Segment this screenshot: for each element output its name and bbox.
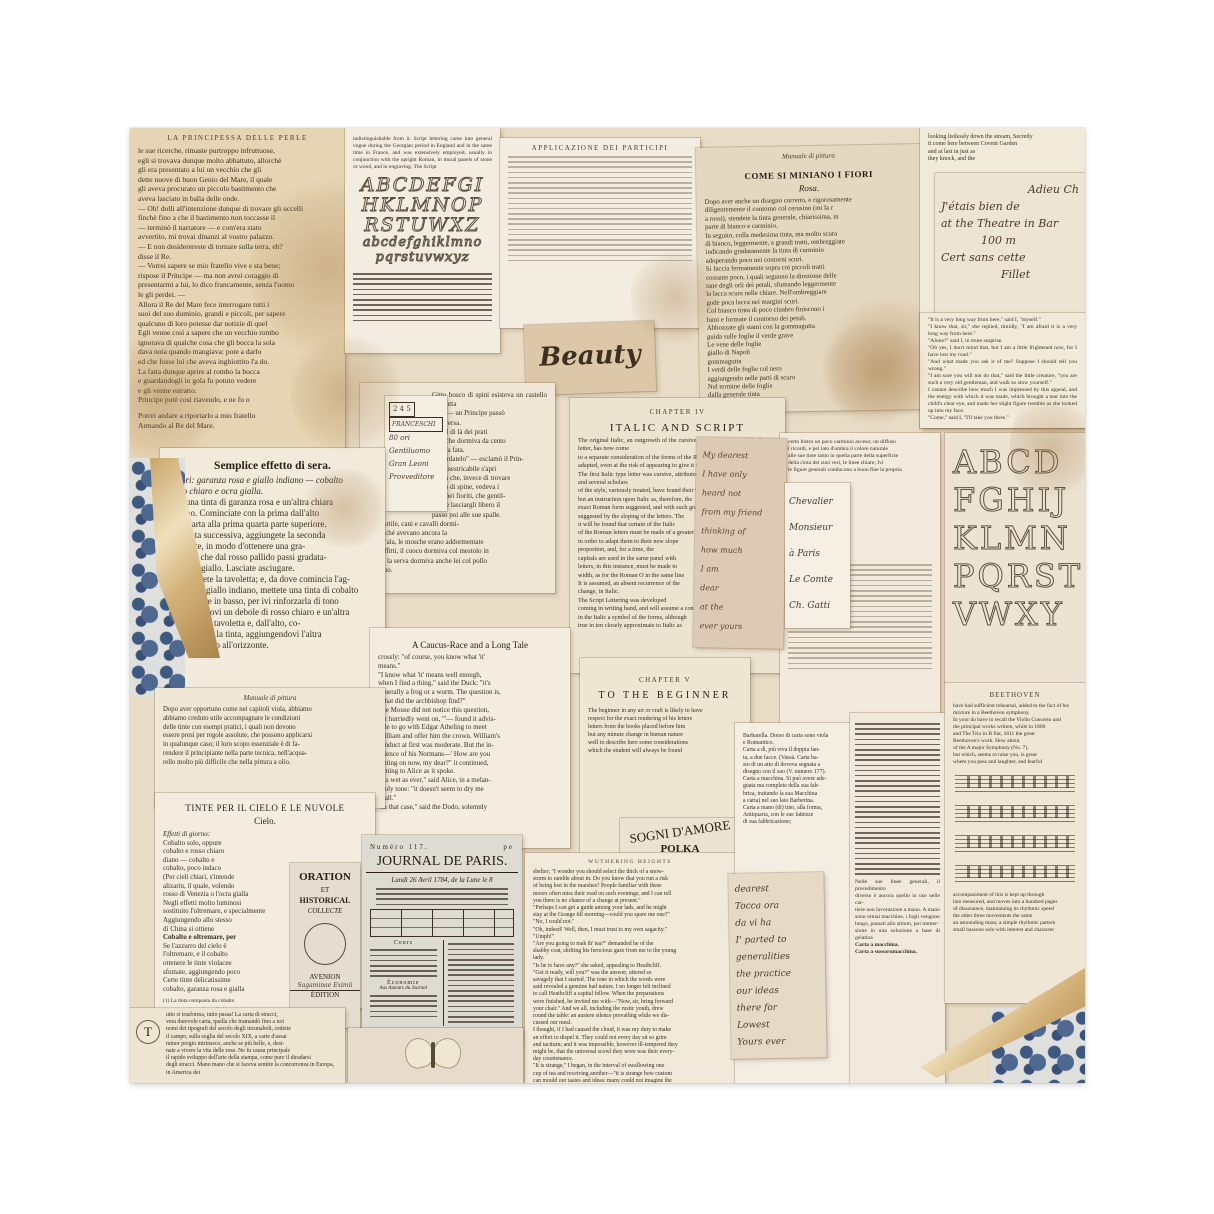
fragment-handwritten-letter-bottom: dearestTocca orada vi haI' parted togene… xyxy=(728,872,826,1059)
oration-line-7: ÉDITION xyxy=(290,990,360,999)
fragment-handwritten-letter-top: Adieu Ch J'étais bien de at the Theatre … xyxy=(935,173,1085,313)
alphabet-upper-row-2: HKLMNOP xyxy=(345,195,500,215)
journal-date-line: Lundi 26 Avril 1784, de la Lune le 8 xyxy=(362,876,522,884)
alphabet-upper-row-3: RSTUWXZ xyxy=(345,215,500,235)
running-head: La Principessa delle Perle xyxy=(138,134,337,142)
page-title: Semplice effetto di sera. xyxy=(166,460,379,472)
page-text: crossly: "of course, you know what 'it'm… xyxy=(378,653,562,811)
page-text: utto si trasforma, tutto passa! La carta… xyxy=(166,1012,339,1077)
fragment-beethoven-music-page: Beethoven have had sufficient rehearsal,… xyxy=(945,683,1085,1003)
fragment-come-si-miniano-page: Manuale di pittura COME SI MINIANO I FIO… xyxy=(696,144,926,413)
butterfly-icon xyxy=(403,1034,463,1074)
fragment-alphabet-script-page: indistinguishable from it. Script letter… xyxy=(345,128,500,353)
page-subtitle: Rosa. xyxy=(696,181,921,195)
page-text: le sue ricerche, rimaste purtroppo infru… xyxy=(138,146,337,430)
page-heading: Beethoven xyxy=(953,691,1077,699)
page-text: shelter; "I wonder you should select the… xyxy=(533,869,727,1083)
handwritten-text: My dearestI have onlyheard notfrom my fr… xyxy=(699,445,780,636)
running-head: Manuale di pittura xyxy=(704,150,913,162)
column-text: Barbarella. Dorso di carta sono violae R… xyxy=(743,733,852,827)
journal-title: JOURNAL DE PARIS. xyxy=(366,854,518,873)
oration-line-1: ORATION xyxy=(296,871,354,883)
alphabet-lower-row-2: pqrstuvwxyz xyxy=(345,250,500,265)
drop-cap-initial: T xyxy=(136,1020,160,1044)
fragment-handwritten-signature-card: ChevalierMonsieurà ParisLe ComteCh. Gatt… xyxy=(785,483,850,628)
chapter-label: Chapter V xyxy=(588,676,742,684)
fragment-handwritten-ledger-note: 2 4 5 FRANCESCHI 80 ori Gentiluomo Gran … xyxy=(385,396,447,511)
fragment-decorative-alphabet: ABCD FGHIJ KLMN PQRST VWXY xyxy=(945,433,1085,683)
oration-line-6: Sagaminae Eximii xyxy=(290,982,360,989)
fragment-english-column-lower: "It is a very long way from here," said … xyxy=(920,313,1085,428)
page-text: Gitto bosco di spini esisteva un castell… xyxy=(432,391,547,520)
beauty-label-text: Beauty xyxy=(524,339,655,374)
page-title: TINTE PER IL CIELO E LE NUVOLE xyxy=(161,803,369,813)
column-text: "It is a very long way from here," said … xyxy=(928,317,1077,422)
fragment-participi-page: Applicazione dei participi xyxy=(500,138,700,328)
page-title: A Caucus-Race and a Long Tale xyxy=(376,640,564,650)
page-text: The beginner in any art or craft is like… xyxy=(588,707,742,755)
column-text: looking listlessly down the stream, Secr… xyxy=(928,134,1077,164)
page-text: Dopo aver opportuno come nei capitoli vi… xyxy=(163,706,377,768)
scrapbook-paper-sheet: La Principessa delle Perle le sue ricerc… xyxy=(130,128,1085,1083)
fragment-butterfly-card xyxy=(348,1028,523,1083)
journal-issue-number: Numéro 117. xyxy=(370,843,429,851)
page-title: TO THE BEGINNER xyxy=(586,690,744,701)
journal-page-number: pe xyxy=(503,843,514,851)
emblem-icon xyxy=(304,923,346,965)
fragment-handwritten-letter-center: My dearestI have onlyheard notfrom my fr… xyxy=(693,437,787,649)
fragment-journal-de-paris: Numéro 117. pe JOURNAL DE PARIS. Lundi 2… xyxy=(362,835,522,1045)
page-text: have had sufficient rehearsal, added to … xyxy=(953,703,1077,766)
running-head: Manuale di pittura xyxy=(163,694,377,702)
handwritten-text: dearestTocca orada vi haI' parted togene… xyxy=(735,880,821,1051)
alphabet-rows: ABCD FGHIJ KLMN PQRST VWXY xyxy=(945,443,1085,633)
fragment-manuale-pittura-page: Manuale di pittura Dopo aver opportuno c… xyxy=(155,688,385,808)
running-head: Applicazione dei participi xyxy=(508,144,692,152)
chapter-label: Chapter IV xyxy=(578,408,777,416)
page-subtitle: Cielo. xyxy=(155,816,375,826)
handwritten-text: ChevalierMonsieurà ParisLe ComteCh. Gatt… xyxy=(789,489,846,619)
page-text: Dopo aver anche un disegno corretto, e r… xyxy=(705,195,917,400)
handwritten-text: 2 4 5 FRANCESCHI 80 ori Gentiluomo Gran … xyxy=(389,402,443,484)
page-title: COME SI MINIANO I FIORI xyxy=(702,168,915,182)
journal-weather-table xyxy=(370,909,514,937)
running-head: Wuthering Heights xyxy=(533,859,727,865)
fragment-carta-column-2: Nelle sue linee generali, il procediment… xyxy=(850,713,945,1083)
oration-line-2: ET xyxy=(290,886,360,894)
oration-line-4: COLLECTE xyxy=(290,907,360,915)
fragment-bottom-left-strip: T utto si trasforma, tutto passa! La car… xyxy=(130,1008,345,1083)
page-title: ITALIC AND SCRIPT xyxy=(576,422,779,434)
oration-line-5: AVENION xyxy=(290,973,360,981)
fragment-wuthering-heights-page: Wuthering Heights shelter; "I wonder you… xyxy=(525,853,735,1083)
column-text: Nelle sue linee generali, il procediment… xyxy=(855,879,940,956)
alphabet-lower-row-1: abcdefghiklmno xyxy=(345,235,500,250)
handwritten-text: Adieu Ch J'étais bien de at the Theatre … xyxy=(941,181,1079,283)
fragment-caucus-race-page: A Caucus-Race and a Long Tale crossly: "… xyxy=(370,628,570,848)
journal-section-heading: Cours xyxy=(370,940,437,946)
fragment-oration-label: ORATION ET HISTORICAL COLLECTE AVENION S… xyxy=(290,863,360,1028)
page-intro: indistinguishable from it. Script letter… xyxy=(353,136,492,171)
music-staff-notation xyxy=(955,772,1075,884)
alphabet-upper-row-1: ABCDEFGI xyxy=(345,175,500,195)
page-text: certo bistro un poco carminio acceso; un… xyxy=(788,439,932,474)
fragment-principessa-page: La Principessa delle Perle le sue ricerc… xyxy=(130,128,345,473)
oration-line-3: HISTORICAL xyxy=(290,896,360,905)
